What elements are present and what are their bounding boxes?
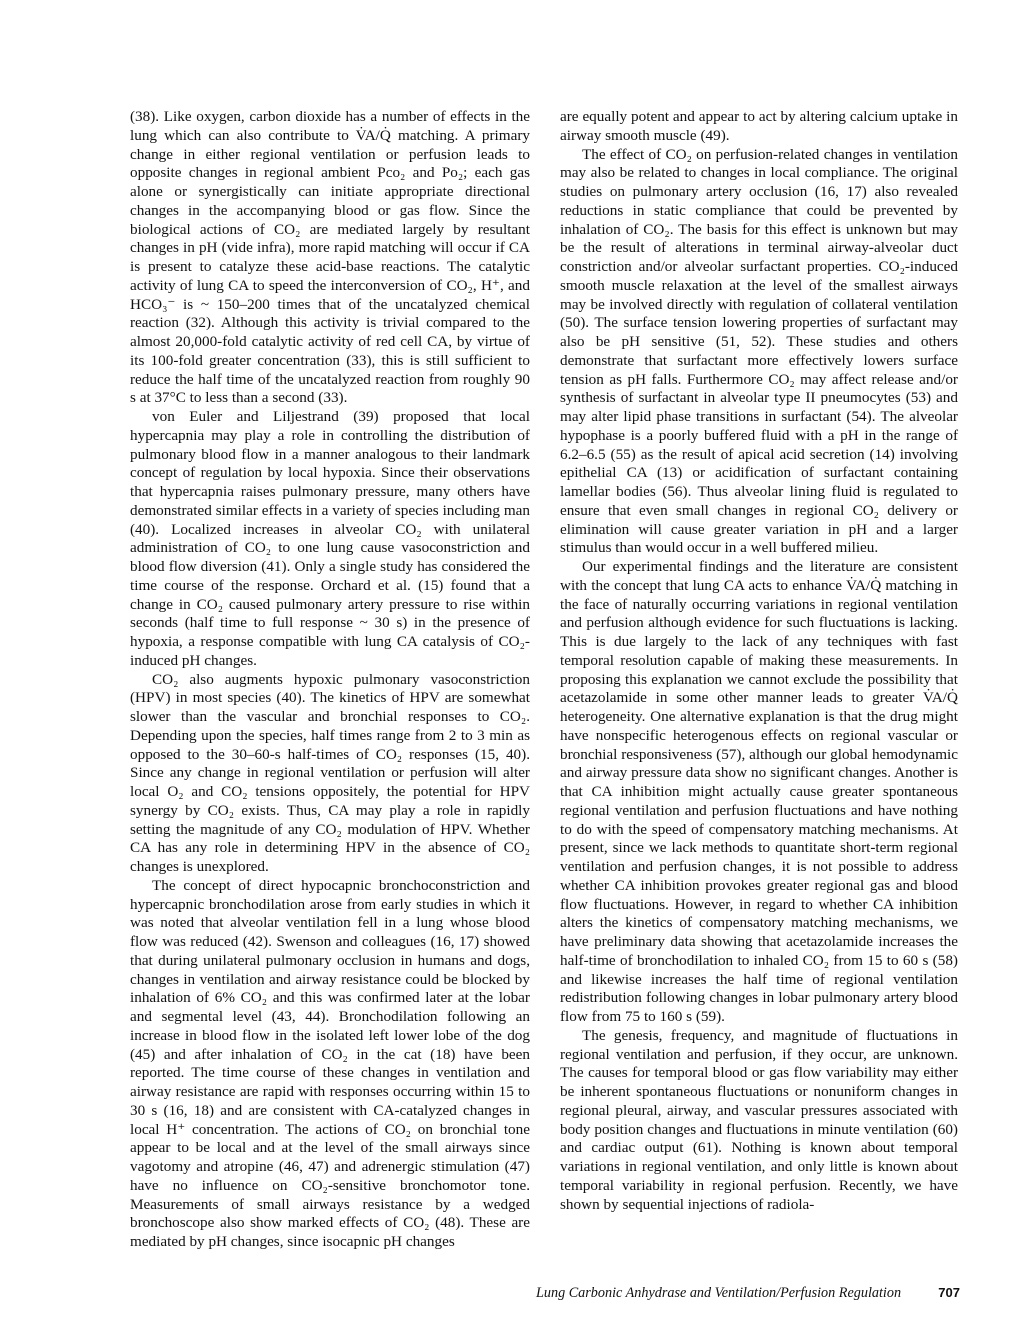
running-title: Lung Carbonic Anhydrase and Ventilation/…: [536, 1285, 901, 1302]
paragraph: Our experimental findings and the litera…: [560, 558, 958, 1027]
right-column: are equally potent and appear to act by …: [560, 108, 958, 1214]
paragraph: (38). Like oxygen, carbon dioxide has a …: [130, 108, 530, 408]
paragraph: The concept of direct hypocapnic broncho…: [130, 877, 530, 1252]
page-number: 707: [938, 1285, 960, 1300]
left-column: (38). Like oxygen, carbon dioxide has a …: [130, 108, 530, 1252]
paragraph: The effect of CO₂ on perfusion-related c…: [560, 146, 958, 559]
paragraph: The genesis, frequency, and magnitude of…: [560, 1027, 958, 1215]
page-footer: Lung Carbonic Anhydrase and Ventilation/…: [536, 1285, 960, 1302]
paragraph: von Euler and Liljestrand (39) proposed …: [130, 408, 530, 671]
paragraph: are equally potent and appear to act by …: [560, 108, 958, 146]
paragraph: CO₂ also augments hypoxic pulmonary vaso…: [130, 671, 530, 877]
